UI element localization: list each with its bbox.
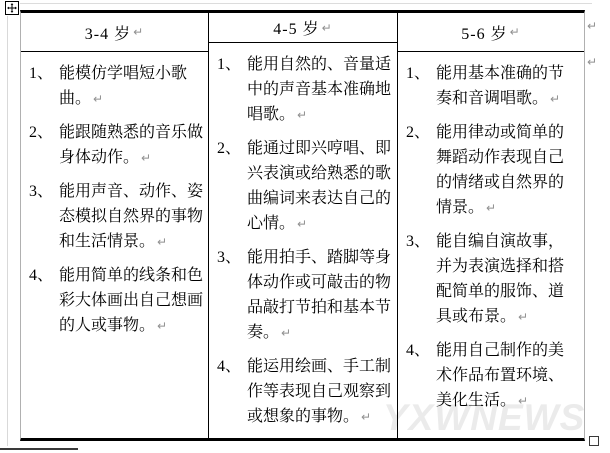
paragraph-mark-icon: ↵ [297, 217, 307, 231]
paragraph-mark-icon: ↵ [133, 25, 144, 39]
item-text: 能用简单的线条和色彩大体画出自己想画的人或事物。 [59, 267, 203, 334]
paragraph-mark-icon: ↵ [141, 151, 151, 165]
column-header-cell[interactable]: 3-4 岁↵ [21, 13, 208, 52]
paragraph-mark-icon: ↵ [510, 25, 521, 39]
window-edge-artifact [0, 448, 78, 450]
item-text: 能用基本准确的节奏和音调唱歌。 [436, 65, 564, 107]
item-number: 3、 [29, 179, 59, 204]
paragraph-mark-icon: ↵ [281, 326, 291, 340]
table-resize-handle[interactable] [589, 436, 599, 446]
list-item: 4、能用自己制作的美术作品布置环境、美化生活。↵ [406, 338, 579, 414]
column-header-label: 5-6 岁 [461, 21, 507, 44]
table-cell[interactable]: 1、能用自然的、音量适中的声音基本准确地唱歌。↵ 2、能通过即兴哼唱、即兴表演或… [209, 43, 397, 438]
item-number: 2、 [217, 136, 247, 161]
item-number: 3、 [406, 229, 436, 254]
list-item: 2、能跟随熟悉的音乐做身体动作。↵ [29, 120, 203, 171]
list-item: 1、能模仿学唱短小歌曲。↵ [29, 61, 203, 112]
item-number: 2、 [29, 120, 59, 145]
paragraph-mark-icon: ↵ [322, 21, 333, 35]
paragraph-mark-icon: ↵ [518, 394, 528, 408]
paragraph-mark-icon: ↵ [297, 108, 307, 122]
row-end-mark-icon: ↵ [587, 55, 597, 69]
list-item: 3、能自编自演故事，并为表演选择和搭配简单的服饰、道具或布景。↵ [406, 229, 579, 330]
item-text: 能用声音、动作、姿态模拟自然界的事物和生活情景。 [59, 183, 203, 250]
column-header-cell[interactable]: 5-6 岁↵ [398, 13, 584, 52]
table-column-age-5-6: 5-6 岁↵ 1、能用基本准确的节奏和音调唱歌。↵ 2、能用律动或简单的舞蹈动作… [397, 13, 584, 438]
item-text: 能用自己制作的美术作品布置环境、美化生活。 [436, 342, 564, 409]
text-boundary-left [7, 16, 8, 446]
item-number: 1、 [217, 52, 247, 77]
item-number: 1、 [29, 61, 59, 86]
paragraph-mark-icon: ↵ [93, 92, 103, 106]
item-number: 4、 [29, 263, 59, 288]
table-column-age-3-4: 3-4 岁↵ 1、能模仿学唱短小歌曲。↵ 2、能跟随熟悉的音乐做身体动作。↵ 3… [21, 13, 208, 438]
item-text: 能跟随熟悉的音乐做身体动作。 [59, 124, 203, 166]
column-header-label: 4-5 岁 [273, 16, 319, 39]
table-move-handle[interactable] [5, 1, 19, 15]
paragraph-mark-icon: ↵ [157, 319, 167, 333]
table-cell[interactable]: 1、能用基本准确的节奏和音调唱歌。↵ 2、能用律动或简单的舞蹈动作表现自己的情绪… [398, 52, 584, 438]
text-boundary-top [20, 3, 592, 4]
document-page: YXWNEWS 3-4 岁↵ 1、能模仿学唱短小歌曲。↵ 2、能跟随熟悉的音乐做… [0, 0, 610, 453]
item-number: 4、 [217, 354, 247, 379]
item-text: 能自编自演故事，并为表演选择和搭配简单的服饰、道具或布景。 [436, 233, 564, 325]
item-text: 能通过即兴哼唱、即兴表演或给熟悉的歌曲编词来表达自己的心情。 [247, 140, 391, 232]
item-text: 能用拍手、踏脚等身体动作或可敲击的物品敲打节拍和基本节奏。 [247, 249, 391, 341]
list-item: 3、能用拍手、踏脚等身体动作或可敲击的物品敲打节拍和基本节奏。↵ [217, 245, 392, 346]
item-number: 3、 [217, 245, 247, 270]
row-end-mark-icon: ↵ [587, 19, 597, 33]
list-item: 2、能用律动或简单的舞蹈动作表现自己的情绪或自然界的情景。↵ [406, 120, 579, 221]
item-text: 能用自然的、音量适中的声音基本准确地唱歌。 [247, 56, 391, 123]
item-text: 能用律动或简单的舞蹈动作表现自己的情绪或自然界的情景。 [436, 124, 564, 216]
table-column-age-4-5: 4-5 岁↵ 1、能用自然的、音量适中的声音基本准确地唱歌。↵ 2、能通过即兴哼… [208, 13, 397, 438]
milestones-table: 3-4 岁↵ 1、能模仿学唱短小歌曲。↵ 2、能跟随熟悉的音乐做身体动作。↵ 3… [20, 10, 585, 441]
paragraph-mark-icon: ↵ [550, 92, 560, 106]
paragraph-mark-icon: ↵ [157, 235, 167, 249]
item-number: 2、 [406, 120, 436, 145]
item-number: 1、 [406, 61, 436, 86]
list-item: 1、能用基本准确的节奏和音调唱歌。↵ [406, 61, 579, 112]
list-item: 4、能运用绘画、手工制作等表现自己观察到或想象的事物。↵ [217, 354, 392, 430]
item-text: 能模仿学唱短小歌曲。 [59, 65, 187, 107]
list-item: 4、能用简单的线条和色彩大体画出自己想画的人或事物。↵ [29, 263, 203, 339]
move-arrows-icon [7, 3, 17, 13]
paragraph-mark-icon: ↵ [486, 201, 496, 215]
paragraph-mark-icon: ↵ [361, 410, 371, 424]
table-cell[interactable]: 1、能模仿学唱短小歌曲。↵ 2、能跟随熟悉的音乐做身体动作。↵ 3、能用声音、动… [21, 52, 208, 438]
column-header-label: 3-4 岁 [85, 21, 131, 44]
list-item: 3、能用声音、动作、姿态模拟自然界的事物和生活情景。↵ [29, 179, 203, 255]
column-header-cell[interactable]: 4-5 岁↵ [209, 13, 397, 43]
list-item: 2、能通过即兴哼唱、即兴表演或给熟悉的歌曲编词来表达自己的心情。↵ [217, 136, 392, 237]
item-number: 4、 [406, 338, 436, 363]
list-item: 1、能用自然的、音量适中的声音基本准确地唱歌。↵ [217, 52, 392, 128]
paragraph-mark-icon: ↵ [518, 310, 528, 324]
